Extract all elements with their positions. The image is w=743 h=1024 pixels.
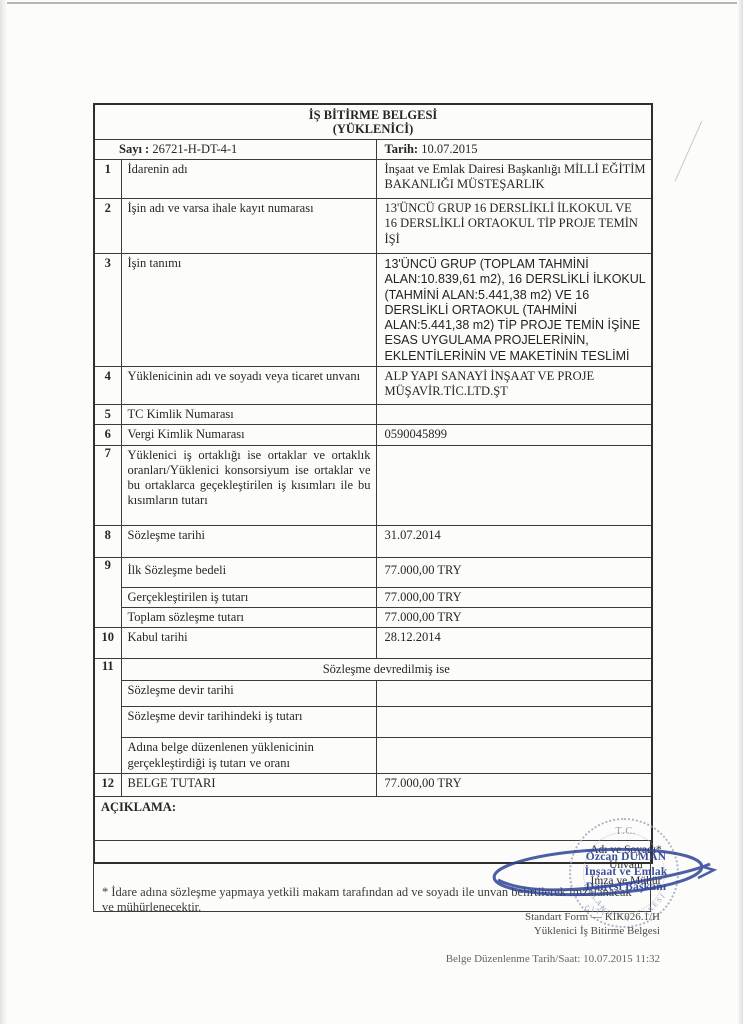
table-row: 3 İşin tanımı 13'ÜNCÜ GRUP (TOPLAM TAHMİ… <box>94 254 652 367</box>
table-row: 2 İşin adı ve varsa ihale kayıt numarası… <box>94 199 652 254</box>
row-number: 4 <box>94 367 121 405</box>
scan-edge-top <box>0 2 743 4</box>
row-value <box>376 681 652 707</box>
row-value: 31.07.2014 <box>376 525 652 557</box>
row-label: TC Kimlik Numarası <box>121 405 376 425</box>
meta-row: Sayı : 26721-H-DT-4-1 Tarih: 10.07.2015 <box>94 139 652 159</box>
row-label: Toplam sözleşme tutarı <box>121 607 376 627</box>
table-row: 7 Yüklenici iş ortaklığı ise ortaklar ve… <box>94 445 652 525</box>
stamp-department: İnşaat ve Emlak <box>548 866 704 878</box>
scan-edge-left <box>0 0 7 1024</box>
tarih-label: Tarih: <box>385 142 419 156</box>
row-label: Yüklenici iş ortaklığı ise ortaklar ve o… <box>121 445 376 525</box>
section-header: Sözleşme devredilmiş ise <box>121 659 652 681</box>
row-value <box>376 738 652 774</box>
table-row: 11 Sözleşme devredilmiş ise <box>94 659 652 681</box>
table-row: 6 Vergi Kimlik Numarası 0590045899 <box>94 425 652 445</box>
document-title-cell: İŞ BİTİRME BELGESİ (YÜKLENİCİ) <box>94 104 652 139</box>
table-row: Toplam sözleşme tutarı 77.000,00 TRY <box>94 607 652 627</box>
row-value <box>376 405 652 425</box>
name-field-label: Adı ve Soyadı* <box>551 844 701 856</box>
row-number: 7 <box>94 445 121 525</box>
row-value: 77.000,00 TRY <box>376 607 652 627</box>
table-row: Sözleşme devir tarihi <box>94 681 652 707</box>
row-number: 11 <box>94 659 121 774</box>
document-subtitle: (YÜKLENİCİ) <box>95 122 651 136</box>
scanned-document-page: İŞ BİTİRME BELGESİ (YÜKLENİCİ) Sayı : 26… <box>0 0 743 1024</box>
row-label: İdarenin adı <box>121 160 376 199</box>
row-value: 77.000,00 TRY <box>376 587 652 607</box>
row-number: 3 <box>94 254 121 367</box>
row-number: 6 <box>94 425 121 445</box>
row-value: İnşaat ve Emlak Dairesi Başkanlığı MİLLİ… <box>376 160 652 199</box>
form-name: Yüklenici İş Bitirme Belgesi <box>525 925 660 939</box>
title-row: İŞ BİTİRME BELGESİ (YÜKLENİCİ) <box>94 104 652 139</box>
stamp-name: Özcan DUMAN <box>548 851 704 863</box>
tarih-cell: Tarih: 10.07.2015 <box>376 139 652 159</box>
table-row: 5 TC Kimlik Numarası <box>94 405 652 425</box>
row-value: 77.000,00 TRY <box>376 557 652 587</box>
form-code-block: Standart Form — KİK026.1/H Yüklenici İş … <box>525 911 660 939</box>
row-label: Adına belge düzenlenen yüklenicinin gerç… <box>121 738 376 774</box>
row-number: 8 <box>94 525 121 557</box>
row-value <box>376 707 652 738</box>
row-value: 13'ÜNCÜ GRUP 16 DERSLİKLİ İLKOKUL VE 16 … <box>376 199 652 254</box>
sayi-cell: Sayı : 26721-H-DT-4-1 <box>94 139 376 159</box>
signature-box: * İdare adına sözleşme yapmaya yetkili m… <box>93 840 651 912</box>
form-code: Standart Form — KİK026.1/H <box>525 911 660 925</box>
title-field-label: Unvanı <box>551 859 701 871</box>
scan-scratch-artifact <box>675 121 703 182</box>
document-title: İŞ BİTİRME BELGESİ <box>95 108 651 122</box>
table-row: Gerçekleştirilen iş tutarı 77.000,00 TRY <box>94 587 652 607</box>
table-row: 8 Sözleşme tarihi 31.07.2014 <box>94 525 652 557</box>
sayi-value: 26721-H-DT-4-1 <box>152 142 237 156</box>
row-value: 13'ÜNCÜ GRUP (TOPLAM TAHMİNİ ALAN:10.839… <box>376 254 652 367</box>
row-number: 9 <box>94 557 121 628</box>
row-label: BELGE TUTARI <box>121 773 376 796</box>
row-value: 77.000,00 TRY <box>376 773 652 796</box>
row-label: Sözleşme tarihi <box>121 525 376 557</box>
row-label: İlk Sözleşme bedeli <box>121 557 376 587</box>
row-value: 0590045899 <box>376 425 652 445</box>
scan-edge-right <box>737 0 743 1024</box>
table-row: Adına belge düzenlenen yüklenicinin gerç… <box>94 738 652 774</box>
row-label: İşin adı ve varsa ihale kayıt numarası <box>121 199 376 254</box>
table-row: 10 Kabul tarihi 28.12.2014 <box>94 628 652 659</box>
row-label: Yüklenicinin adı ve soyadı veya ticaret … <box>121 367 376 405</box>
certificate-table: İŞ BİTİRME BELGESİ (YÜKLENİCİ) Sayı : 26… <box>93 103 653 864</box>
row-label: Sözleşme devir tarihindeki iş tutarı <box>121 707 376 738</box>
row-label: Gerçekleştirilen iş tutarı <box>121 587 376 607</box>
row-number: 2 <box>94 199 121 254</box>
row-number: 1 <box>94 160 121 199</box>
tarih-value: 10.07.2015 <box>421 142 477 156</box>
row-value: ALP YAPI SANAYİ İNŞAAT VE PROJE MÜŞAVİR.… <box>376 367 652 405</box>
table-row: 9 İlk Sözleşme bedeli 77.000,00 TRY <box>94 557 652 587</box>
row-number: 10 <box>94 628 121 659</box>
row-value: 28.12.2014 <box>376 628 652 659</box>
row-label: İşin tanımı <box>121 254 376 367</box>
table-row: 12 BELGE TUTARI 77.000,00 TRY <box>94 773 652 796</box>
row-number: 12 <box>94 773 121 796</box>
row-label: Kabul tarihi <box>121 628 376 659</box>
table-row: Sözleşme devir tarihindeki iş tutarı <box>94 707 652 738</box>
row-label: Sözleşme devir tarihi <box>121 681 376 707</box>
row-label: Vergi Kimlik Numarası <box>121 425 376 445</box>
row-number: 5 <box>94 405 121 425</box>
sayi-label: Sayı : <box>119 142 149 156</box>
row-value <box>376 445 652 525</box>
table-row: 4 Yüklenicinin adı ve soyadı veya ticare… <box>94 367 652 405</box>
generation-timestamp: Belge Düzenlenme Tarih/Saat: 10.07.2015 … <box>446 953 660 965</box>
table-row: 1 İdarenin adı İnşaat ve Emlak Dairesi B… <box>94 160 652 199</box>
